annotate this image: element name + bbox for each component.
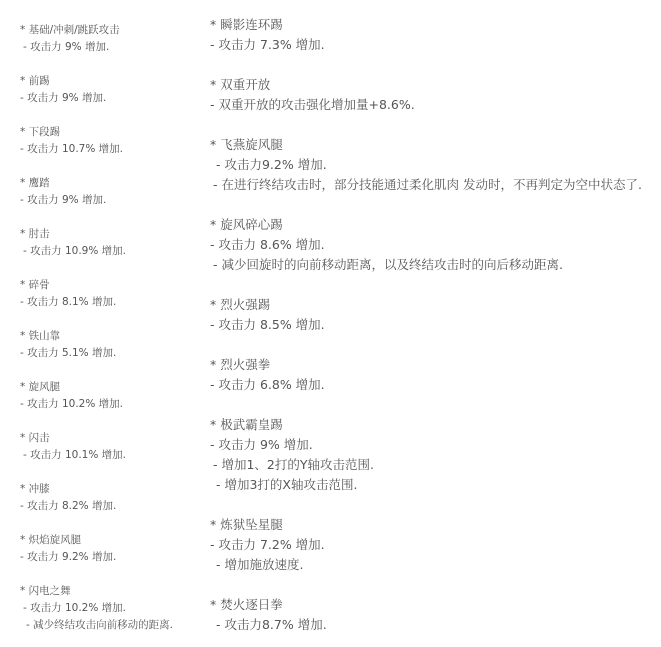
skill-detail: - 攻击力 10.2% 增加.	[20, 396, 123, 413]
skill-entry: * 肘击 - 攻击力 10.9% 增加.	[20, 226, 126, 260]
skill-detail: - 攻击力 8.6% 增加.	[210, 235, 563, 255]
skill-entry: * 炼狱坠星腿 - 攻击力 7.2% 增加. - 增加施放速度.	[210, 515, 325, 575]
skill-detail: - 增加1、2打的Y轴攻击范围.	[210, 455, 374, 475]
skill-detail: - 攻击力 7.2% 增加.	[210, 535, 325, 555]
skill-detail: - 减少终结攻击向前移动的距离.	[20, 617, 173, 634]
skill-entry: * 瞬影连环踢 - 攻击力 7.3% 增加.	[210, 15, 325, 55]
skill-title: * 下段踢	[20, 124, 123, 141]
skill-detail: - 攻击力 9% 增加.	[20, 192, 106, 209]
skill-title: * 瞬影连环踢	[210, 15, 325, 35]
skill-detail: - 攻击力8.7% 增加.	[210, 615, 327, 635]
skill-detail: - 攻击力9.2% 增加.	[210, 155, 642, 175]
skill-title: * 旋风腿	[20, 379, 123, 396]
skill-title: * 烈火强拳	[210, 355, 325, 375]
skill-entry: * 烈火强拳 - 攻击力 6.8% 增加.	[210, 355, 325, 395]
skill-detail: - 增加施放速度.	[210, 555, 325, 575]
skill-detail: - 攻击力 8.2% 增加.	[20, 498, 116, 515]
skill-detail: - 攻击力 8.1% 增加.	[20, 294, 116, 311]
skill-entry: * 鹰踏 - 攻击力 9% 增加.	[20, 175, 106, 209]
skill-detail: - 攻击力 10.7% 增加.	[20, 141, 123, 158]
skill-detail: - 攻击力 9% 增加.	[20, 39, 120, 56]
skill-entry: * 双重开放 - 双重开放的攻击强化增加量+8.6%.	[210, 75, 415, 115]
skill-entry: * 焚火逐日拳 - 攻击力8.7% 增加.	[210, 595, 327, 635]
skill-title: * 鹰踏	[20, 175, 106, 192]
skill-entry: * 前踢 - 攻击力 9% 增加.	[20, 73, 106, 107]
skill-entry: * 烈火强踢 - 攻击力 8.5% 增加.	[210, 295, 325, 335]
skill-detail: - 增加3打的X轴攻击范围.	[210, 475, 374, 495]
skill-title: * 烈火强踢	[210, 295, 325, 315]
skill-entry: * 下段踢 - 攻击力 10.7% 增加.	[20, 124, 123, 158]
skill-detail: - 攻击力 9.2% 增加.	[20, 549, 116, 566]
skill-detail: - 减少回旋时的向前移动距离，以及终结攻击时的向后移动距离.	[210, 255, 563, 275]
skill-entry: * 炽焰旋风腿 - 攻击力 9.2% 增加.	[20, 532, 116, 566]
skill-title: * 炼狱坠星腿	[210, 515, 325, 535]
skill-title: * 飞燕旋风腿	[210, 135, 642, 155]
skill-detail: - 攻击力 6.8% 增加.	[210, 375, 325, 395]
skill-detail: - 攻击力 5.1% 增加.	[20, 345, 116, 362]
skill-detail: - 攻击力 10.9% 增加.	[20, 243, 126, 260]
skill-title: * 焚火逐日拳	[210, 595, 327, 615]
skill-entry: * 闪电之舞 - 攻击力 10.2% 增加. - 减少终结攻击向前移动的距离.	[20, 583, 173, 634]
skill-title: * 旋风碎心踢	[210, 215, 563, 235]
skill-title: * 前踢	[20, 73, 106, 90]
skill-detail: - 攻击力 7.3% 增加.	[210, 35, 325, 55]
skill-title: * 碎骨	[20, 277, 116, 294]
skill-title: * 闪电之舞	[20, 583, 173, 600]
skill-detail: - 双重开放的攻击强化增加量+8.6%.	[210, 95, 415, 115]
skill-detail: - 攻击力 8.5% 增加.	[210, 315, 325, 335]
skill-entry: * 旋风碎心踢 - 攻击力 8.6% 增加. - 减少回旋时的向前移动距离，以及…	[210, 215, 563, 275]
skill-entry: * 极武霸皇踢 - 攻击力 9% 增加. - 增加1、2打的Y轴攻击范围. - …	[210, 415, 374, 495]
skill-title: * 炽焰旋风腿	[20, 532, 116, 549]
skill-entry: * 基础/冲刺/跳跃攻击 - 攻击力 9% 增加.	[20, 22, 120, 56]
skill-entry: * 冲膝 - 攻击力 8.2% 增加.	[20, 481, 116, 515]
skill-title: * 极武霸皇踢	[210, 415, 374, 435]
skill-title: * 闪击	[20, 430, 126, 447]
skill-entry: * 旋风腿 - 攻击力 10.2% 增加.	[20, 379, 123, 413]
skill-detail: - 攻击力 9% 增加.	[20, 90, 106, 107]
skill-entry: * 铁山靠 - 攻击力 5.1% 增加.	[20, 328, 116, 362]
skill-detail: - 在进行终结攻击时，部分技能通过柔化肌肉 发动时，不再判定为空中状态了.	[210, 175, 642, 195]
skill-detail: - 攻击力 9% 增加.	[210, 435, 374, 455]
skill-title: * 肘击	[20, 226, 126, 243]
skill-title: * 基础/冲刺/跳跃攻击	[20, 22, 120, 39]
skill-title: * 冲膝	[20, 481, 116, 498]
skill-detail: - 攻击力 10.1% 增加.	[20, 447, 126, 464]
skill-entry: * 碎骨 - 攻击力 8.1% 增加.	[20, 277, 116, 311]
skill-entry: * 飞燕旋风腿 - 攻击力9.2% 增加. - 在进行终结攻击时，部分技能通过柔…	[210, 135, 642, 195]
skill-title: * 双重开放	[210, 75, 415, 95]
skill-detail: - 攻击力 10.2% 增加.	[20, 600, 173, 617]
skill-entry: * 闪击 - 攻击力 10.1% 增加.	[20, 430, 126, 464]
skill-title: * 铁山靠	[20, 328, 116, 345]
